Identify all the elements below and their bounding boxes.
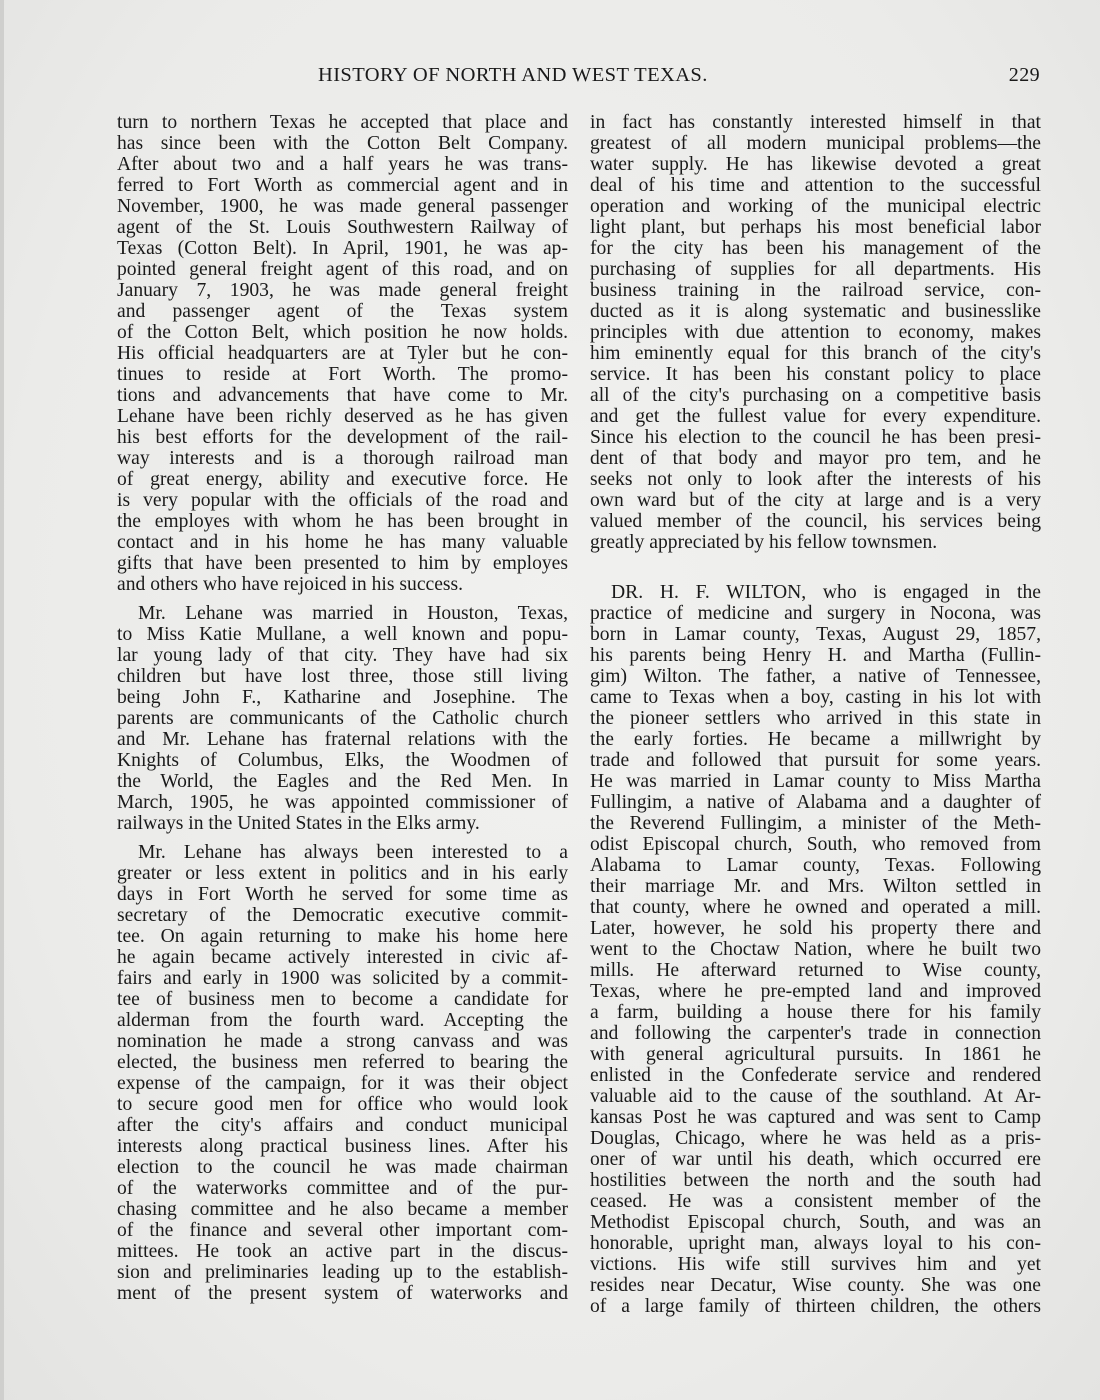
text-line: and following the carpenter's trade in c… bbox=[590, 1023, 1041, 1044]
text-line: hostilities between the north and the so… bbox=[590, 1170, 1041, 1191]
text-line: resides near Decatur, Wise county. She w… bbox=[590, 1275, 1041, 1296]
text-line: November, 1900, he was made general pass… bbox=[117, 196, 568, 217]
text-line: Mr. Lehane was married in Houston, Texas… bbox=[117, 603, 568, 624]
running-head: HISTORY OF NORTH AND WEST TEXAS. 229 bbox=[318, 64, 1040, 94]
text-line: all of the city's purchasing on a compet… bbox=[590, 385, 1041, 406]
text-line: Douglas, Chicago, where he was held as a… bbox=[590, 1128, 1041, 1149]
text-line: election to the council he was made chai… bbox=[117, 1157, 568, 1178]
text-line: Since his election to the council he has… bbox=[590, 427, 1041, 448]
text-line: Lehane have been richly deserved as he h… bbox=[117, 406, 568, 427]
text-line: seeks not only to look after the interes… bbox=[590, 469, 1041, 490]
text-line: to secure good men for office who would … bbox=[117, 1094, 568, 1115]
text-line: of the finance and several other importa… bbox=[117, 1220, 568, 1241]
text-line: is very popular with the officials of th… bbox=[117, 490, 568, 511]
text-line: elected, the business men referred to be… bbox=[117, 1052, 568, 1073]
text-line: chasing committee and he also became a m… bbox=[117, 1199, 568, 1220]
text-line: came to Texas when a boy, casting in his… bbox=[590, 687, 1041, 708]
text-line: greatly appreciated by his fellow townsm… bbox=[590, 532, 1041, 553]
text-line: agent of the St. Louis Southwestern Rail… bbox=[117, 217, 568, 238]
text-line: practice of medicine and surgery in Noco… bbox=[590, 603, 1041, 624]
text-line: of the Cotton Belt, which position he no… bbox=[117, 322, 568, 343]
text-line: the World, the Eagles and the Red Men. I… bbox=[117, 771, 568, 792]
text-line: victions. His wife still survives him an… bbox=[590, 1254, 1041, 1275]
text-line: railways in the United States in the Elk… bbox=[117, 813, 568, 834]
text-line: kansas Post he was captured and was sent… bbox=[590, 1107, 1041, 1128]
text-line: has since been with the Cotton Belt Comp… bbox=[117, 133, 568, 154]
text-line: Methodist Episcopal church, South, and w… bbox=[590, 1212, 1041, 1233]
text-line: mills. He afterward returned to Wise cou… bbox=[590, 960, 1041, 981]
text-line: trade and followed that pursuit for some… bbox=[590, 750, 1041, 771]
text-line: of a large family of thirteen children, … bbox=[590, 1296, 1041, 1317]
text-line: the Reverend Fullingim, a minister of th… bbox=[590, 813, 1041, 834]
text-line: born in Lamar county, Texas, August 29, … bbox=[590, 624, 1041, 645]
text-line: His official headquarters are at Tyler b… bbox=[117, 343, 568, 364]
text-line: greatest of all modern municipal problem… bbox=[590, 133, 1041, 154]
text-line: contact and in his home he has many valu… bbox=[117, 532, 568, 553]
text-line: valuable aid to the cause of the southla… bbox=[590, 1086, 1041, 1107]
text-line: went to the Choctaw Nation, where he bui… bbox=[590, 939, 1041, 960]
text-line: gim) Wilton. The father, a native of Ten… bbox=[590, 666, 1041, 687]
text-line: ment of the present system of waterworks… bbox=[117, 1283, 568, 1304]
text-line: After about two and a half years he was … bbox=[117, 154, 568, 175]
text-line: nomination he made a strong canvass and … bbox=[117, 1031, 568, 1052]
text-line: ducted as it is along systematic and bus… bbox=[590, 301, 1041, 322]
text-line: tee of business men to become a candidat… bbox=[117, 989, 568, 1010]
text-line: light plant, but perhaps his most benefi… bbox=[590, 217, 1041, 238]
text-line: lar young lady of that city. They have h… bbox=[117, 645, 568, 666]
text-line: deal of his time and attention to the su… bbox=[590, 175, 1041, 196]
running-head-title: HISTORY OF NORTH AND WEST TEXAS. bbox=[318, 64, 708, 87]
text-line: March, 1905, he was appointed commission… bbox=[117, 792, 568, 813]
left-column: turn to northern Texas he accepted that … bbox=[117, 112, 568, 1304]
text-line: that county, where he owned and operated… bbox=[590, 897, 1041, 918]
text-line: and others who have rejoiced in his succ… bbox=[117, 574, 568, 595]
text-line: Mr. Lehane has always been interested to… bbox=[117, 842, 568, 863]
text-line: pointed general freight agent of this ro… bbox=[117, 259, 568, 280]
page-edge bbox=[0, 0, 4, 1400]
text-line: dent of that body and mayor pro tem, and… bbox=[590, 448, 1041, 469]
text-line: expense of the campaign, for it was thei… bbox=[117, 1073, 568, 1094]
text-line: secretary of the Democratic executive co… bbox=[117, 905, 568, 926]
text-line: he again became actively interested in c… bbox=[117, 947, 568, 968]
right-column: in fact has constantly interested himsel… bbox=[590, 112, 1041, 1317]
text-line: Later, however, he sold his property the… bbox=[590, 918, 1041, 939]
text-line: days in Fort Worth he served for some ti… bbox=[117, 884, 568, 905]
text-line: sion and preliminaries leading up to the… bbox=[117, 1262, 568, 1283]
text-line: in fact has constantly interested himsel… bbox=[590, 112, 1041, 133]
text-line: water supply. He has likewise devoted a … bbox=[590, 154, 1041, 175]
text-line: ceased. He was a consistent member of th… bbox=[590, 1191, 1041, 1212]
text-line: greater or less extent in politics and i… bbox=[117, 863, 568, 884]
text-line: service. It has been his constant policy… bbox=[590, 364, 1041, 385]
text-line: children but have lost three, those stil… bbox=[117, 666, 568, 687]
text-line: the pioneer settlers who arrived in this… bbox=[590, 708, 1041, 729]
text-line: his parents being Henry H. and Martha (F… bbox=[590, 645, 1041, 666]
text-line: and get the fullest value for every expe… bbox=[590, 406, 1041, 427]
text-line: January 7, 1903, he was made general fre… bbox=[117, 280, 568, 301]
text-line: honorable, upright man, always loyal to … bbox=[590, 1233, 1041, 1254]
text-line: interests along practical business lines… bbox=[117, 1136, 568, 1157]
text-line: way interests and is a thorough railroad… bbox=[117, 448, 568, 469]
text-line: gifts that have been presented to him by… bbox=[117, 553, 568, 574]
text-line: turn to northern Texas he accepted that … bbox=[117, 112, 568, 133]
text-line: tinues to reside at Fort Worth. The prom… bbox=[117, 364, 568, 385]
text-line: parents are communicants of the Catholic… bbox=[117, 708, 568, 729]
text-line: a farm, building a house there for his f… bbox=[590, 1002, 1041, 1023]
text-line: the employes with whom he has been broug… bbox=[117, 511, 568, 532]
text-line: He was married in Lamar county to Miss M… bbox=[590, 771, 1041, 792]
text-line: fairs and early in 1900 was solicited by… bbox=[117, 968, 568, 989]
text-line: Alabama to Lamar county, Texas. Followin… bbox=[590, 855, 1041, 876]
text-line: tions and advancements that have come to… bbox=[117, 385, 568, 406]
text-line: principles with due attention to economy… bbox=[590, 322, 1041, 343]
text-line: ferred to Fort Worth as commercial agent… bbox=[117, 175, 568, 196]
text-line: after the city's affairs and conduct mun… bbox=[117, 1115, 568, 1136]
book-page: HISTORY OF NORTH AND WEST TEXAS. 229 tur… bbox=[0, 0, 1100, 1400]
text-line: him eminently equal for this branch of t… bbox=[590, 343, 1041, 364]
text-line: for the city has been his management of … bbox=[590, 238, 1041, 259]
text-line: Knights of Columbus, Elks, the Woodmen o… bbox=[117, 750, 568, 771]
text-line: mittees. He took an active part in the d… bbox=[117, 1241, 568, 1262]
text-line: Fullingim, a native of Alabama and a dau… bbox=[590, 792, 1041, 813]
text-line: and passenger agent of the Texas system bbox=[117, 301, 568, 322]
text-line: of great energy, ability and executive f… bbox=[117, 469, 568, 490]
text-line: own ward but of the city at large and is… bbox=[590, 490, 1041, 511]
text-line: being John F., Katharine and Josephine. … bbox=[117, 687, 568, 708]
text-line: odist Episcopal church, South, who remov… bbox=[590, 834, 1041, 855]
text-line: their marriage Mr. and Mrs. Wilton settl… bbox=[590, 876, 1041, 897]
text-line: alderman from the fourth ward. Accepting… bbox=[117, 1010, 568, 1031]
text-line: Texas, where he pre-empted land and impr… bbox=[590, 981, 1041, 1002]
text-line: valued member of the council, his servic… bbox=[590, 511, 1041, 532]
text-line: Texas (Cotton Belt). In April, 1901, he … bbox=[117, 238, 568, 259]
text-line: oner of war until his death, which occur… bbox=[590, 1149, 1041, 1170]
text-line: the early forties. He became a millwrigh… bbox=[590, 729, 1041, 750]
text-line: to Miss Katie Mullane, a well known and … bbox=[117, 624, 568, 645]
text-line: of the waterworks committee and of the p… bbox=[117, 1178, 568, 1199]
page-number: 229 bbox=[1009, 64, 1040, 87]
biography-heading-line: DR. H. F. WILTON, who is engaged in the bbox=[590, 582, 1041, 603]
text-line: his best efforts for the development of … bbox=[117, 427, 568, 448]
text-line: enlisted in the Confederate service and … bbox=[590, 1065, 1041, 1086]
text-line: tee. On again returning to make his home… bbox=[117, 926, 568, 947]
text-line: operation and working of the municipal e… bbox=[590, 196, 1041, 217]
text-line: business training in the railroad servic… bbox=[590, 280, 1041, 301]
text-line: with general agricultural pursuits. In 1… bbox=[590, 1044, 1041, 1065]
text-line: and Mr. Lehane has fraternal relations w… bbox=[117, 729, 568, 750]
text-line: purchasing of supplies for all departmen… bbox=[590, 259, 1041, 280]
